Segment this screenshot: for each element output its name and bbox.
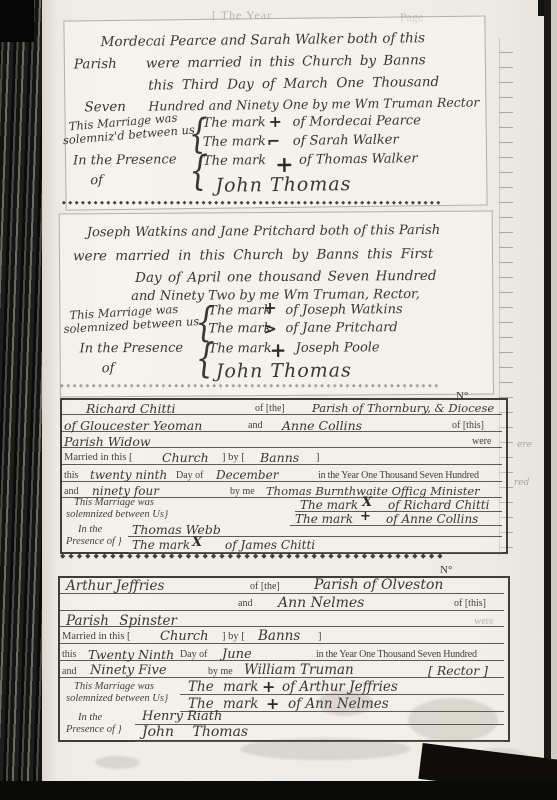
entry4-bride-status: Parish Spinster — [66, 613, 177, 629]
paper-stain — [240, 738, 410, 760]
photo-bottom-band — [0, 781, 557, 800]
entry4-mark1-label: The mark — [188, 679, 258, 695]
bleed-through-word: ere — [517, 440, 532, 450]
scanned-register-page: [ The Year Page Mordecai Pearce and Sara… — [0, 0, 557, 800]
entry4-minister-signature: William Truman — [244, 662, 354, 678]
entry4-day-value: Twenty Ninth — [88, 647, 174, 662]
entry4-were-label: were — [474, 616, 493, 627]
entry4-month-value: June — [222, 647, 252, 662]
next-page-edge — [551, 0, 557, 800]
entry4-year2-value: Ninety Five — [90, 663, 167, 678]
paper-stain — [95, 756, 140, 769]
entry4-of-this-label: of [this] — [454, 598, 486, 609]
bleed-through-word: red — [514, 478, 529, 488]
entry4-of-the-label: of [the] — [250, 581, 280, 592]
entry4-by-me-label: by me — [208, 666, 233, 677]
entry4-presence-label-2: Presence of } — [66, 724, 122, 735]
entry4-year-label: in the Year One Thousand Seven Hundred — [316, 649, 477, 660]
entry4-bride-name: Ann Nelmes — [278, 595, 364, 611]
entry4-witness2: John Thomas — [142, 724, 248, 740]
entry4-day-of-label: Day of — [180, 649, 208, 660]
paper-stain — [318, 690, 373, 716]
entry4-banns-value: Banns — [258, 628, 300, 644]
entry4-bracket-close: ] — [318, 631, 322, 642]
entry4-groom-parish: Parish of Olveston — [314, 577, 443, 593]
entry4-this-label: this — [62, 649, 76, 660]
entry4-church-value: Church — [160, 629, 209, 644]
entry4-mark2-symbol: + — [266, 694, 279, 713]
entry4-witness1: Henry Riath — [142, 709, 222, 724]
entry4-presence-label-1: In the — [78, 712, 102, 723]
entry4-and2-label: and — [62, 666, 76, 677]
paper-stain — [408, 698, 498, 742]
entry4-married-label: Married in this [ — [62, 631, 131, 642]
page-gap-shadow — [544, 0, 551, 800]
entry4-groom-name: Arthur Jeffries — [66, 578, 164, 594]
entry4-rector-value: [ Rector ] — [428, 663, 488, 678]
entry4-by-label: ] by [ — [222, 631, 245, 642]
marriage-entry-4: Arthur Jeffries of [the] Parish of Olves… — [0, 0, 557, 800]
entry4-solemnized-label-1: This Marriage was — [74, 681, 154, 692]
entry4-and-label: and — [238, 598, 252, 609]
entry4-solemnized-label-2: solemnized between Us} — [66, 693, 168, 704]
